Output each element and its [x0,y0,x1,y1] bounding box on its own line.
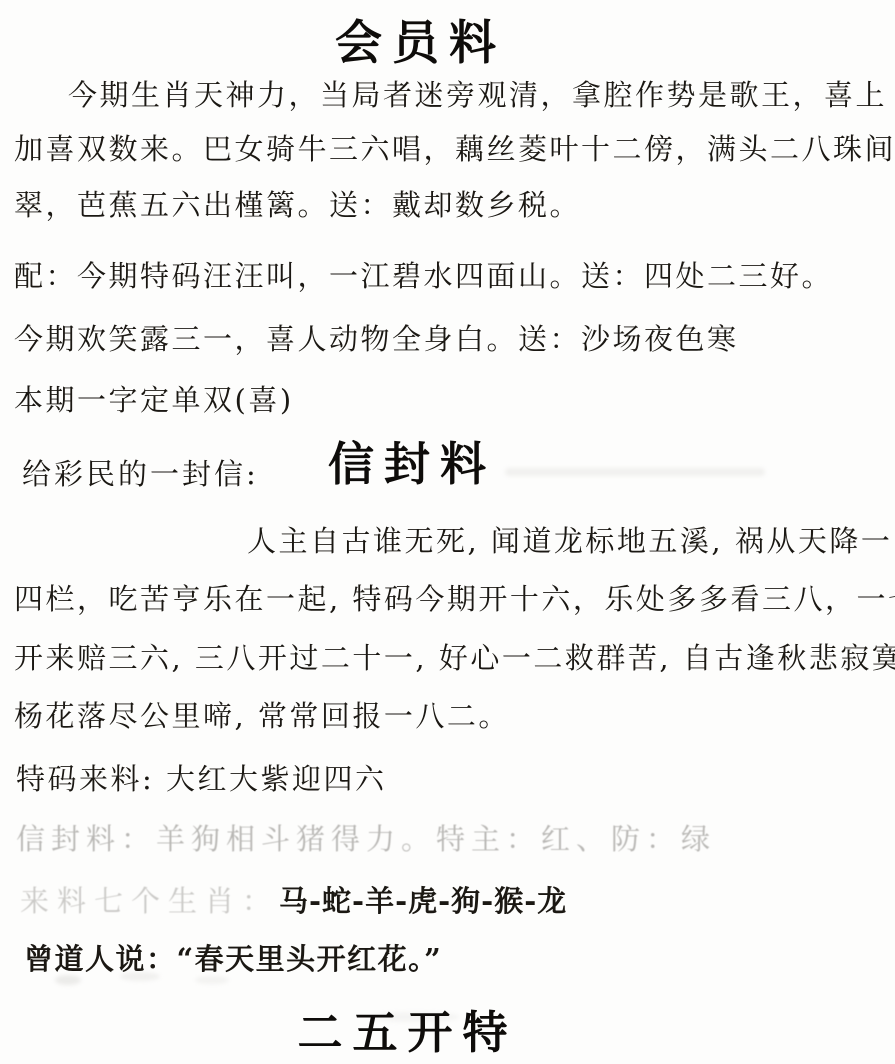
envelope-section-title: 信封料 [328,428,496,494]
letter-line-2: 四栏，吃苦亨乐在一起, 特码今期开十六，乐处多多看三八，一七 [14,580,895,618]
scan-artifact [120,972,160,981]
zodiac-label-faded: 来料七个生肖： [20,884,279,918]
zeng-dao-ren-quote: 曾道人说：“春天里头开红花。” [24,940,442,978]
zodiac-tip-line: 来料七个生肖：马-蛇-羊-虎-狗-猴-龙 [20,882,567,920]
letter-line-1: 人主自古谁无死, 闻道龙标地五溪, 祸从天降一 [247,522,892,560]
member-line-6: 本期一字定单双(喜) [14,381,294,419]
footer-title: 二五开特 [0,996,815,1061]
letter-line-4: 杨花落尽公里啼, 常常回报一八二。 [14,697,510,735]
member-line-2: 加喜双数来。巴女骑牛三六唱，藕丝菱叶十二傍，满头二八珠间 [14,130,895,168]
scan-artifact [55,975,81,985]
letter-line-3: 开来赔三六, 三八开过二十一, 好心一二救群苦, 自古逢秋悲寂寞, [14,639,895,677]
member-line-1: 今期生肖天神力，当局者迷旁观清，拿腔作势是歌王，喜上 [68,76,887,114]
faded-envelope-tip-line: 信封料：羊狗相斗猪得力。特主：红、防：绿 [16,820,716,858]
member-line-5: 今期欢笑露三一，喜人动物全身白。送：沙场夜色寒 [14,320,739,358]
zodiac-list: 马-蛇-羊-虎-狗-猴-龙 [279,884,567,918]
member-section-title: 会员料 [0,6,841,73]
letter-to-punters-label: 给彩民的一封信: [22,455,259,493]
scanned-lottery-tip-sheet: { "member_section": { "title": "会员料", "l… [0,0,895,1064]
member-line-3: 翠，芭蕉五六出槿篱。送：戴却数乡税。 [14,186,581,224]
scan-artifact [505,468,765,476]
member-line-4: 配：今期特码汪汪叫，一江碧水四面山。送：四处二三好。 [14,257,833,295]
special-code-tip-line: 特码来料: 大红大紫迎四六 [16,760,387,798]
scan-artifact [195,976,229,984]
